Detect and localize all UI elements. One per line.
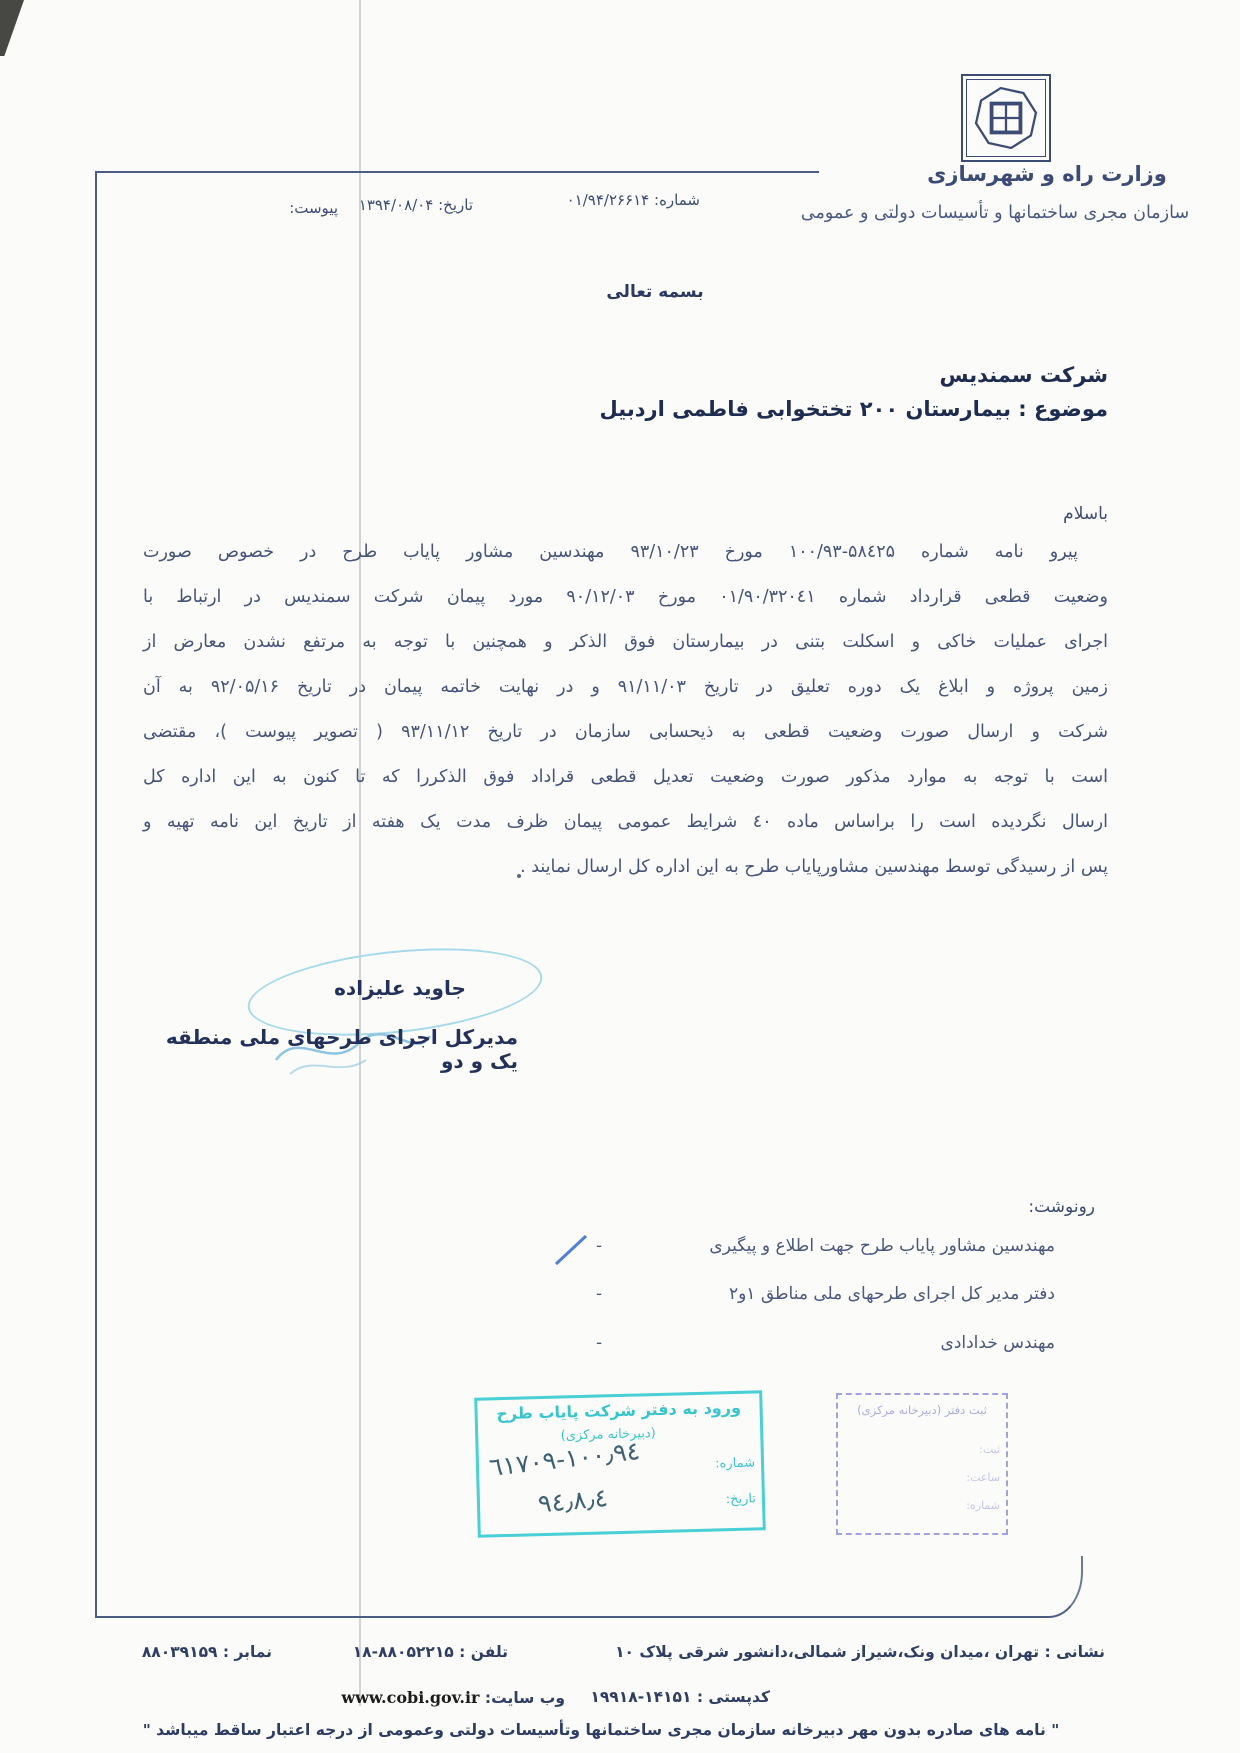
website-url: www.cobi.gov.ir xyxy=(341,1688,479,1707)
registry-stamp-field: ثبت: xyxy=(979,1443,1000,1456)
entry-stamp: ورود به دفتر شرکت پایاب طرح (دبیرخانه مر… xyxy=(474,1390,766,1537)
logo-octagon-window-icon xyxy=(967,80,1045,156)
body-line: وضعیت قطعی قرارداد شماره ۰۱/۹۰/۳۲۰٤۱ مور… xyxy=(143,576,1108,621)
cc-item-dash: - xyxy=(596,1333,616,1353)
website-label: وب سایت: xyxy=(485,1689,565,1707)
signer-title: مدیرکل اجرای طرحهای ملی منطقه یک و دو xyxy=(148,1025,518,1073)
organization-name: سازمان مجری ساختمانها و تأسیسات دولتی و … xyxy=(745,203,1240,223)
footer-website: وب سایت: www.cobi.gov.ir xyxy=(335,1688,565,1707)
footer-disclaimer: " نامه های صادره بدون مهر دبیرخانه سازما… xyxy=(95,1721,1107,1739)
footer-fax: نمابر : ۸۸۰۳۹۱۵۹ xyxy=(100,1643,272,1661)
recipient-name: شرکت سمندیس xyxy=(800,363,1108,387)
registry-stamp-field: ساعت: xyxy=(966,1471,1000,1484)
entry-stamp-title: ورود به دفتر شرکت پایاب طرح xyxy=(483,1397,753,1423)
signer-name: جاوید علیزاده xyxy=(280,976,520,1000)
cc-item-dash: - xyxy=(596,1284,616,1304)
ministry-name: وزارت راه و شهرسازی xyxy=(922,162,1172,186)
scan-corner-artifact xyxy=(0,0,24,56)
footer-phone: تلفن : ۸۸۰۵۲۲۱۵-۱۸ xyxy=(348,1643,508,1661)
logo-inner-frame xyxy=(966,79,1046,157)
cc-item-dash: - xyxy=(596,1236,616,1256)
body-line: پس از رسیدگی توسط مهندسین مشاورپایاب طرح… xyxy=(143,846,1108,891)
subject-line: موضوع : بیمارستان ۲۰۰ تختخوابی فاطمی ارد… xyxy=(500,397,1108,421)
footer-postal-code: کدپستی : ۱۴۱۵۱-۱۹۹۱۸ xyxy=(555,1688,770,1706)
body-line: زمین پروژه و ابلاغ یک دوره تعلیق در تاری… xyxy=(143,666,1108,711)
letter-date: تاریخ: ۱۳۹۴/۰۸/۰۴ xyxy=(338,196,473,214)
attachment-label: پیوست: xyxy=(268,199,338,217)
entry-stamp-number-label: شماره: xyxy=(715,1455,755,1471)
body-line: پیرو نامه شماره ۵۸٤۲۵-۱۰۰/۹۳ مورخ ۹۳/۱۰/… xyxy=(143,531,1108,576)
handwritten-entry-date: ٩٤٫٨٫٤ xyxy=(537,1483,609,1519)
frame-bottom-border xyxy=(95,1556,1083,1618)
entry-stamp-date-label: تاریخ: xyxy=(726,1491,757,1507)
cc-item: مهندسین مشاور پایاب طرح جهت اطلاع و پیگی… xyxy=(560,1236,1055,1256)
letter-body: پیرو نامه شماره ۵۸٤۲۵-۱۰۰/۹۳ مورخ ۹۳/۱۰/… xyxy=(143,531,1108,891)
besmele-heading: بسمه تعالی xyxy=(585,282,725,302)
frame-left-border xyxy=(95,171,97,1618)
cc-label: رونوشت: xyxy=(955,1197,1095,1217)
frame-top-border xyxy=(95,171,819,173)
body-line: اجرای عملیات خاکی و اسکلت بتنی در بیمارس… xyxy=(143,621,1108,666)
registry-stamp-title: ثبت دفتر (دبیرخانه مرکزی) xyxy=(841,1403,1003,1417)
registry-stamp: ثبت دفتر (دبیرخانه مرکزی) ثبت: ساعت: شما… xyxy=(836,1393,1008,1535)
body-line: است با توجه به موارد مذکور صورت وضعیت تع… xyxy=(143,756,1108,801)
scanned-official-letter: { "letterhead": { "logo_icon": "ministry… xyxy=(0,0,1240,1753)
ink-speck xyxy=(517,874,521,878)
body-line: ارسال نگردیده است را براساس ماده ٤۰ شرای… xyxy=(143,801,1108,846)
letter-number: شماره: ۰۱/۹۴/۲۶۶۱۴ xyxy=(545,191,700,209)
registry-stamp-field: شماره: xyxy=(966,1499,1000,1512)
pen-checkmark xyxy=(552,1232,592,1268)
footer-address: نشانی : تهران ،میدان ونک،شیراز شمالی،دان… xyxy=(545,1643,1105,1661)
ministry-emblem-window-logo xyxy=(961,74,1051,162)
cc-item: دفتر مدیر کل اجرای طرحهای ملی مناطق ۱و۲ xyxy=(560,1284,1055,1304)
body-line: شرکت و ارسال صورت وضعیت قطعی به ذیحسابی … xyxy=(143,711,1108,756)
cc-item: مهندس خدادادی xyxy=(560,1333,1055,1353)
salutation: باسلام xyxy=(958,504,1108,524)
